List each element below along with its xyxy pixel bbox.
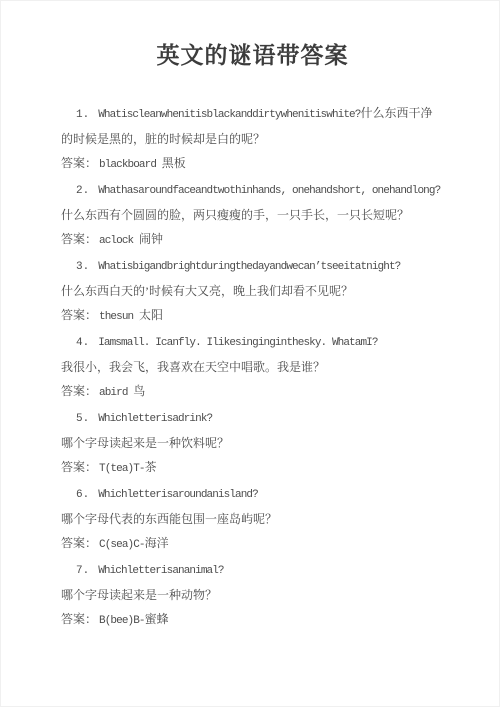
answer-label: 答案： bbox=[61, 384, 97, 398]
riddle-answer: 答案：abird 鸟 bbox=[61, 379, 444, 405]
answer-label: 答案： bbox=[61, 536, 97, 550]
riddle-item-3: 3.Whatisbigandbrightduringthedayandwecan… bbox=[61, 253, 444, 329]
riddle-question-english: Whichletterisadrink? bbox=[98, 413, 212, 425]
riddle-number: 1. bbox=[76, 109, 89, 121]
answer-chinese: 闹钟 bbox=[139, 232, 163, 246]
riddle-answer: 答案：aclock 闹钟 bbox=[61, 227, 444, 253]
riddle-item-7: 7.Whichletterisananimal? 哪个字母读起来是一种动物？ 答… bbox=[61, 557, 444, 633]
answer-chinese: 海洋 bbox=[145, 536, 169, 550]
riddle-translation: 哪个字母读起来是一种动物？ bbox=[61, 583, 444, 607]
answer-english: C(sea)C- bbox=[99, 539, 145, 551]
riddle-number: 5. bbox=[76, 413, 89, 425]
answer-chinese: 太阳 bbox=[139, 308, 163, 322]
riddle-question-english: Whathasaroundfaceandtwothinhands, onehan… bbox=[98, 185, 440, 197]
riddle-translation: 哪个字母读起来是一种饮料呢？ bbox=[61, 431, 444, 455]
riddle-item-4: 4.Iamsmall. Icanfly. Ilikesinginginthesk… bbox=[61, 329, 444, 405]
answer-label: 答案： bbox=[61, 232, 97, 246]
riddle-answer: 答案：B(bee)B-蜜蜂 bbox=[61, 607, 444, 633]
riddle-answer: 答案：thesun 太阳 bbox=[61, 303, 444, 329]
answer-english: T(tea)T- bbox=[99, 463, 145, 475]
page-title: 英文的谜语带答案 bbox=[61, 1, 444, 71]
riddle-translation: 我很小，我会飞，我喜欢在天空中唱歌。我是谁？ bbox=[61, 355, 444, 379]
answer-english: abird bbox=[99, 387, 133, 399]
riddle-question-english: Whichletterisaroundanisland? bbox=[98, 489, 258, 501]
answer-label: 答案： bbox=[61, 156, 97, 170]
riddle-item-1: 1.Whatiscleanwhenitisblackanddirtywhenit… bbox=[61, 101, 444, 177]
document-page: 英文的谜语带答案 1.Whatiscleanwhenitisblackanddi… bbox=[0, 0, 500, 707]
riddle-translation: 哪个字母代表的东西能包围一座岛屿呢？ bbox=[61, 507, 444, 531]
answer-chinese: 黑板 bbox=[162, 156, 186, 170]
riddle-item-6: 6.Whichletterisaroundanisland? 哪个字母代表的东西… bbox=[61, 481, 444, 557]
riddle-question: 5.Whichletterisadrink? bbox=[61, 405, 444, 431]
answer-label: 答案： bbox=[61, 612, 97, 626]
riddle-question: 1.Whatiscleanwhenitisblackanddirtywhenit… bbox=[61, 101, 444, 151]
riddle-question: 6.Whichletterisaroundanisland? bbox=[61, 481, 444, 507]
riddle-question-english: Iamsmall. Icanfly. Ilikesinginginthesky.… bbox=[98, 337, 377, 349]
riddle-question-english: Whatisbigandbrightduringthedayandwecan’t… bbox=[98, 261, 400, 273]
riddle-translation: 什么东西白天的’时候有大又亮，晚上我们却看不见呢？ bbox=[61, 279, 444, 303]
answer-chinese: 鸟 bbox=[133, 384, 145, 398]
answer-chinese: 蜜蜂 bbox=[145, 612, 169, 626]
riddle-question: 2.Whathasaroundfaceandtwothinhands, oneh… bbox=[61, 177, 444, 203]
riddle-number: 7. bbox=[76, 565, 89, 577]
riddle-number: 6. bbox=[76, 489, 89, 501]
riddle-translation: 什么东西有个圆圆的脸，两只瘦瘦的手，一只手长，一只长短呢？ bbox=[61, 203, 444, 227]
answer-chinese: 茶 bbox=[145, 460, 157, 474]
answer-label: 答案： bbox=[61, 308, 97, 322]
riddle-number: 4. bbox=[76, 337, 89, 349]
riddle-question: 4.Iamsmall. Icanfly. Ilikesinginginthesk… bbox=[61, 329, 444, 355]
riddle-question-english: Whatiscleanwhenitisblackanddirtywhenitis… bbox=[98, 109, 360, 121]
riddle-item-2: 2.Whathasaroundfaceandtwothinhands, oneh… bbox=[61, 177, 444, 253]
riddle-answer: 答案：C(sea)C-海洋 bbox=[61, 531, 444, 557]
answer-english: blackboard bbox=[99, 159, 162, 171]
answer-english: B(bee)B- bbox=[99, 615, 145, 627]
riddle-answer: 答案：blackboard 黑板 bbox=[61, 151, 444, 177]
riddle-answer: 答案：T(tea)T-茶 bbox=[61, 455, 444, 481]
riddle-question-english: Whichletterisananimal? bbox=[98, 565, 223, 577]
riddle-number: 2. bbox=[76, 185, 89, 197]
riddle-question: 7.Whichletterisananimal? bbox=[61, 557, 444, 583]
answer-label: 答案： bbox=[61, 460, 97, 474]
riddle-item-5: 5.Whichletterisadrink? 哪个字母读起来是一种饮料呢？ 答案… bbox=[61, 405, 444, 481]
riddle-number: 3. bbox=[76, 261, 89, 273]
answer-english: thesun bbox=[99, 311, 139, 323]
riddle-question: 3.Whatisbigandbrightduringthedayandwecan… bbox=[61, 253, 444, 279]
answer-english: aclock bbox=[99, 235, 139, 247]
